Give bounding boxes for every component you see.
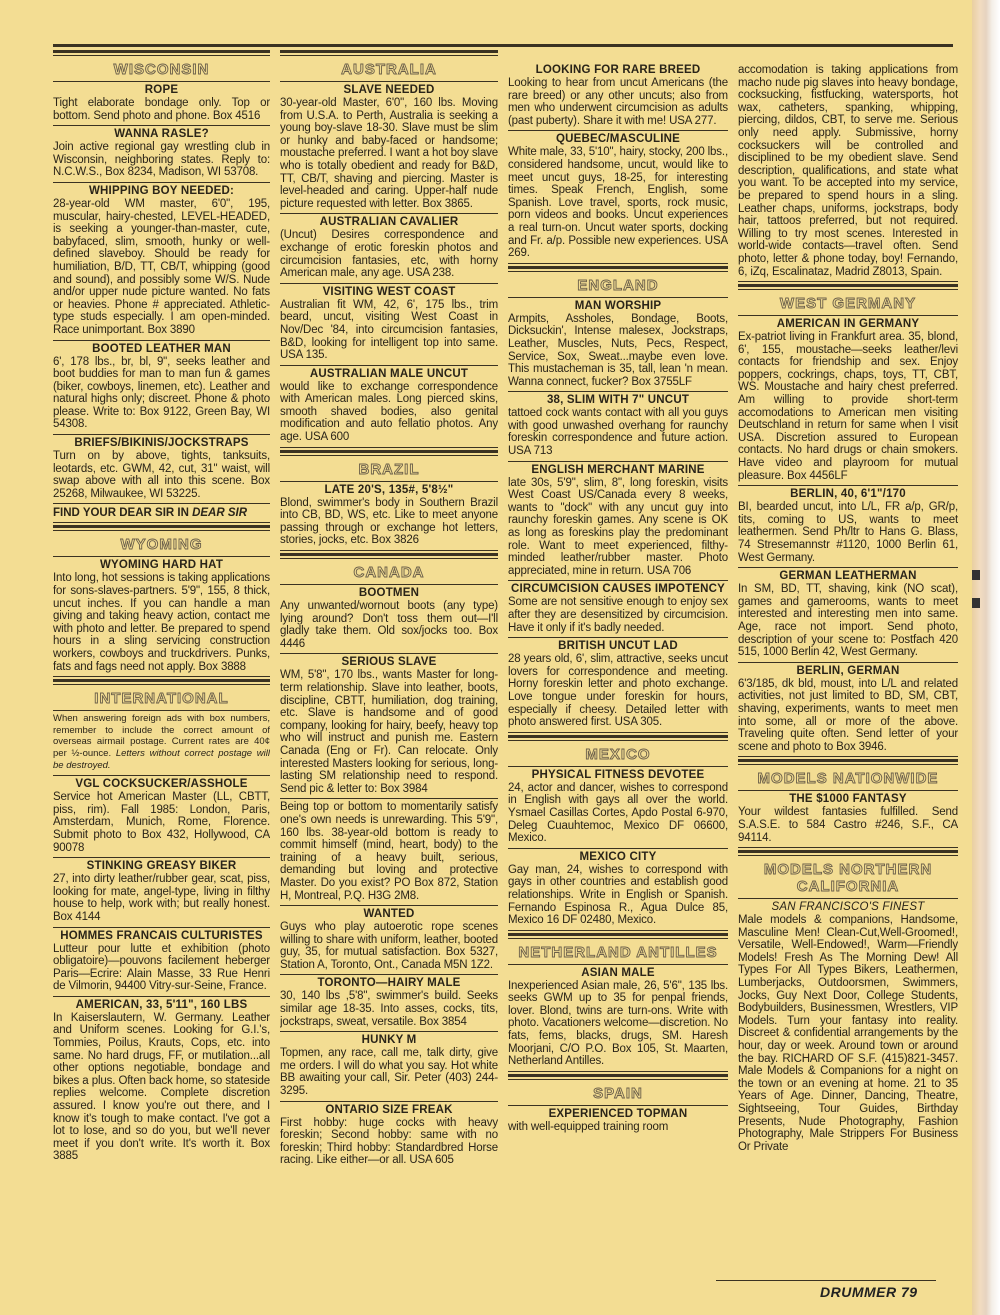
section-heading: ENGLAND (508, 275, 728, 298)
ad-title: AMERICAN IN GERMANY (738, 318, 958, 331)
section-heading: WYOMING (53, 534, 270, 557)
section-divider (53, 525, 270, 531)
ad-title: BERLIN, GERMAN (738, 665, 958, 678)
postage-note: When answering foreign ads with box numb… (53, 711, 270, 776)
classified-ad: ENGLISH MERCHANT MARINElate 30s, 5'9", s… (508, 462, 728, 582)
ad-body: late 30s, 5'9", slim, 8", long foreskin,… (508, 477, 728, 578)
section-heading: CANADA (280, 562, 498, 585)
ad-body: Into long, hot sessions is taking applic… (53, 572, 270, 673)
section-block: ENGLAND (508, 266, 728, 298)
ad-title: STINKING GREASY BIKER (53, 860, 270, 873)
ad-title: MAN WORSHIP (508, 300, 728, 313)
section-block: MEXICO (508, 735, 728, 767)
ad-body: WM, 5'8", 170 lbs., wants Master for lon… (280, 669, 498, 795)
section-block: INTERNATIONAL (53, 679, 270, 711)
ad-title: ROPE (53, 84, 270, 97)
classified-ad: WANTEDGuys who play autoerotic rope scen… (280, 906, 498, 975)
section-heading: WEST GERMANY (738, 293, 958, 316)
section-block: BRAZIL (280, 450, 498, 482)
ad-body: In Kaiserslautern, W. Germany. Leather a… (53, 1012, 270, 1163)
section-block: CANADA (280, 553, 498, 585)
classified-ad: BOOTED LEATHER MAN6', 178 lbs., br, bl, … (53, 341, 270, 436)
ad-title: EXPERIENCED TOPMAN (508, 1108, 728, 1121)
column-3: LOOKING FOR RARE BREEDLooking to hear fr… (508, 48, 728, 1278)
ad-title: WYOMING HARD HAT (53, 559, 270, 572)
top-rule (53, 44, 953, 47)
ad-title: AUSTRALIAN MALE UNCUT (280, 368, 498, 381)
ad-body: First hobby: huge cocks with heavy fores… (280, 1117, 498, 1167)
ad-title: HUNKY M (280, 1034, 498, 1047)
ad-body: accomodation is taking applications from… (738, 64, 958, 278)
ad-title: SAN FRANCISCO'S FINEST (738, 901, 958, 914)
section-divider (508, 735, 728, 741)
classified-ad: HUNKY MTopmen, any race, call me, talk d… (280, 1032, 498, 1101)
ad-title: LOOKING FOR RARE BREED (508, 64, 728, 77)
section-heading: MEXICO (508, 744, 728, 767)
ad-body: Being top or bottom to momentarily satis… (280, 801, 498, 902)
ad-body: Gay man, 24, wishes to correspond with g… (508, 864, 728, 927)
classified-ad: VISITING WEST COASTAustralian fit WM, 42… (280, 284, 498, 366)
classified-ad: WYOMING HARD HATInto long, hot sessions … (53, 557, 270, 677)
section-heading: AUSTRALIA (280, 59, 498, 82)
ad-body: In SM, BD, TT, shaving, kink (NO scat), … (738, 583, 958, 659)
section-divider (738, 284, 958, 290)
ad-body: Ex-patriot living in Frankfurt area. 35,… (738, 331, 958, 482)
ad-body: Turn on by above, tights, tanksuits, leo… (53, 450, 270, 500)
classified-ad: AMERICAN IN GERMANYEx-patriot living in … (738, 316, 958, 486)
classified-ad: BERLIN, GERMAN6'3/185, dk bld, moust, in… (738, 663, 958, 758)
classified-ad: MAN WORSHIPArmpits, Assholes, Bondage, B… (508, 298, 728, 393)
callout-emphasis: DEAR SIR (192, 507, 247, 519)
ad-body: Your wildest fantasies fulfilled. Send S… (738, 806, 958, 844)
page-footer: DRUMMER 79 (820, 1284, 918, 1300)
page-edge (972, 0, 1000, 1315)
ad-title: ONTARIO SIZE FREAK (280, 1104, 498, 1117)
ad-body: Inexperienced Asian male, 26, 5'6", 135 … (508, 980, 728, 1068)
classified-ad: ASIAN MALEInexperienced Asian male, 26, … (508, 965, 728, 1072)
classified-ad: CIRCUMCISION CAUSES IMPOTENCYSome are no… (508, 581, 728, 638)
classifieds-columns: WISCONSINROPETight elaborate bondage onl… (53, 48, 953, 1278)
ad-title: SLAVE NEEDED (280, 84, 498, 97)
classified-ad: BRIEFS/BIKINIS/JOCKSTRAPSTurn on by abov… (53, 435, 270, 504)
ad-body: with well-equipped training room (508, 1121, 728, 1134)
ad-body: 30, 140 lbs ,5'8", swimmer's build. Seek… (280, 990, 498, 1028)
ad-body: 28 years old, 6', slim, attractive, seek… (508, 653, 728, 729)
classified-ad: VGL COCKSUCKER/ASSHOLEService hot Americ… (53, 776, 270, 858)
callout-text: FIND YOUR DEAR SIR IN (53, 507, 192, 519)
section-block: NETHERLAND ANTILLES (508, 933, 728, 965)
column-4: accomodation is taking applications from… (738, 48, 958, 1278)
dear-sir-callout: FIND YOUR DEAR SIR IN DEAR SIR (53, 504, 270, 523)
classified-ad: 38, SLIM WITH 7" UNCUTtattoed cock wants… (508, 392, 728, 461)
classified-ad: STINKING GREASY BIKER27, into dirty leat… (53, 858, 270, 927)
classified-ad: ONTARIO SIZE FREAKFirst hobby: huge cock… (280, 1102, 498, 1170)
ad-body: Guys who play autoerotic rope scenes wil… (280, 921, 498, 971)
ad-body: White male, 33, 5'10", hairy, stocky, 20… (508, 146, 728, 259)
ad-title: BOOTMEN (280, 587, 498, 600)
classified-ad: BOOTMENAny unwanted/wornout boots (any t… (280, 585, 498, 654)
ad-body: Any unwanted/wornout boots (any type) ly… (280, 600, 498, 650)
ad-title: SERIOUS SLAVE (280, 656, 498, 669)
section-block: MODELS NORTHERN CALIFORNIA (738, 850, 958, 899)
classified-ad: LATE 20's, 135#, 5'8½"Blond, swimmer's b… (280, 482, 498, 551)
classified-ad: SLAVE NEEDED30-year-old Master, 6'0", 16… (280, 82, 498, 214)
classified-ad: EXPERIENCED TOPMANwith well-equipped tra… (508, 1106, 728, 1137)
classified-ad: TORONTO—HAIRY MALE30, 140 lbs ,5'8", swi… (280, 975, 498, 1032)
ad-title: WANNA RASLE? (53, 128, 270, 141)
ad-body: 6', 178 lbs., br, bl, 9", seeks leather … (53, 356, 270, 432)
ad-title: ENGLISH MERCHANT MARINE (508, 464, 728, 477)
classified-ad: BERLIN, 40, 6'1"/170BI, bearded uncut, i… (738, 486, 958, 568)
ad-title: GERMAN LEATHERMAN (738, 570, 958, 583)
ad-body: 24, actor and dancer, wishes to correspo… (508, 782, 728, 845)
classified-ad: MEXICO CITYGay man, 24, wishes to corres… (508, 849, 728, 931)
ad-title: THE $1000 FANTASY (738, 793, 958, 806)
ad-title: WANTED (280, 908, 498, 921)
section-divider (280, 553, 498, 559)
column-1: WISCONSINROPETight elaborate bondage onl… (53, 48, 270, 1278)
classified-ad: Being top or bottom to momentarily satis… (280, 799, 498, 906)
section-block: WISCONSIN (53, 50, 270, 82)
classified-ad: GERMAN LEATHERMANIn SM, BD, TT, shaving,… (738, 568, 958, 663)
classified-ad: SAN FRANCISCO'S FINESTMale models & comp… (738, 899, 958, 1156)
classified-ad: HOMMES FRANCAIS CULTURISTESLutteur pour … (53, 928, 270, 997)
ad-body: 27, into dirty leather/rubber gear, scat… (53, 873, 270, 923)
column-2: AUSTRALIASLAVE NEEDED30-year-old Master,… (280, 48, 498, 1278)
magazine-page: WISCONSINROPETight elaborate bondage onl… (0, 0, 972, 1315)
section-heading: MODELS NATIONWIDE (738, 768, 958, 791)
footer-rule (716, 1280, 936, 1281)
ad-body: Join active regional gay wrestling club … (53, 141, 270, 179)
ad-title: HOMMES FRANCAIS CULTURISTES (53, 930, 270, 943)
section-divider (508, 1074, 728, 1080)
ad-title: BERLIN, 40, 6'1"/170 (738, 488, 958, 501)
section-divider (280, 50, 498, 56)
page-number: 79 (901, 1284, 918, 1300)
ad-title: MEXICO CITY (508, 851, 728, 864)
classified-ad: WANNA RASLE?Join active regional gay wre… (53, 126, 270, 183)
classified-ad: LOOKING FOR RARE BREEDLooking to hear fr… (508, 62, 728, 131)
classified-ad: AMERICAN, 33, 5'11", 160 LBSIn Kaisersla… (53, 997, 270, 1166)
ad-title: 38, SLIM WITH 7" UNCUT (508, 394, 728, 407)
ad-body: BI, bearded uncut, into L/L, FR a/p, GR/… (738, 501, 958, 564)
section-block: WYOMING (53, 525, 270, 557)
ad-body: Looking to hear from uncut Americans (th… (508, 77, 728, 127)
ad-body: Some are not sensitive enough to enjoy s… (508, 596, 728, 634)
ad-body: Lutteur pour lutte et exhibition (photo … (53, 943, 270, 993)
classified-ad: AUSTRALIAN MALE UNCUTwould like to excha… (280, 366, 498, 448)
edge-mark (972, 598, 980, 608)
section-block: MODELS NATIONWIDE (738, 759, 958, 791)
section-divider (53, 679, 270, 685)
ad-body: 28-year-old WM master, 6'0", 195, muscul… (53, 198, 270, 337)
section-heading: INTERNATIONAL (53, 688, 270, 711)
ad-title: ASIAN MALE (508, 967, 728, 980)
ad-body: would like to exchange correspondence wi… (280, 381, 498, 444)
section-divider (508, 266, 728, 272)
section-divider (280, 450, 498, 456)
classified-ad: PHYSICAL FITNESS DEVOTEE24, actor and da… (508, 767, 728, 849)
ad-body: Tight elaborate bondage only. Top or bot… (53, 97, 270, 122)
classified-ad: QUEBEC/MASCULINEWhite male, 33, 5'10", h… (508, 131, 728, 263)
ad-title: WHIPPING BOY NEEDED: (53, 185, 270, 198)
edge-mark (972, 570, 980, 580)
ad-body: Australian fit WM, 42, 6', 175 lbs., tri… (280, 299, 498, 362)
classified-ad: BRITISH UNCUT LAD28 years old, 6', slim,… (508, 638, 728, 733)
section-block: WEST GERMANY (738, 284, 958, 316)
classified-ad: WHIPPING BOY NEEDED:28-year-old WM maste… (53, 183, 270, 341)
ad-body: tattoed cock wants contact with all you … (508, 407, 728, 457)
classified-ad: ROPETight elaborate bondage only. Top or… (53, 82, 270, 126)
classified-ad: AUSTRALIAN CAVALIER(Uncut) Desires corre… (280, 214, 498, 283)
ad-body: Topmen, any race, call me, talk dirty, g… (280, 1047, 498, 1097)
ad-body: Male models & companions, Handsome, Masc… (738, 914, 958, 1153)
ad-title: PHYSICAL FITNESS DEVOTEE (508, 769, 728, 782)
ad-title: CIRCUMCISION CAUSES IMPOTENCY (508, 583, 728, 596)
section-divider (738, 759, 958, 765)
ad-body: 6'3/185, dk bld, moust, into L/L and rel… (738, 678, 958, 754)
ad-title: AMERICAN, 33, 5'11", 160 LBS (53, 999, 270, 1012)
classified-ad: SERIOUS SLAVEWM, 5'8", 170 lbs., wants M… (280, 654, 498, 799)
ad-title: AUSTRALIAN CAVALIER (280, 216, 498, 229)
section-heading: NETHERLAND ANTILLES (508, 942, 728, 965)
ad-body: Armpits, Assholes, Bondage, Boots, Dicks… (508, 313, 728, 389)
section-divider (53, 50, 270, 56)
ad-body: Service hot American Master (LL, CBTT, p… (53, 791, 270, 854)
section-divider (738, 850, 958, 856)
publication-name: DRUMMER (820, 1284, 897, 1300)
classified-ad: accomodation is taking applications from… (738, 62, 958, 282)
ad-title: BOOTED LEATHER MAN (53, 343, 270, 356)
ad-title: VGL COCKSUCKER/ASSHOLE (53, 778, 270, 791)
ad-title: LATE 20's, 135#, 5'8½" (280, 484, 498, 497)
section-divider (508, 933, 728, 939)
ad-title: QUEBEC/MASCULINE (508, 133, 728, 146)
section-block: SPAIN (508, 1074, 728, 1106)
section-heading: MODELS NORTHERN CALIFORNIA (738, 859, 958, 899)
ad-title: BRITISH UNCUT LAD (508, 640, 728, 653)
ad-title: BRIEFS/BIKINIS/JOCKSTRAPS (53, 437, 270, 450)
classified-ad: THE $1000 FANTASYYour wildest fantasies … (738, 791, 958, 848)
ad-title: VISITING WEST COAST (280, 286, 498, 299)
section-heading: SPAIN (508, 1083, 728, 1106)
section-block: AUSTRALIA (280, 50, 498, 82)
ad-body: (Uncut) Desires correspondence and excha… (280, 229, 498, 279)
section-heading: BRAZIL (280, 459, 498, 482)
section-heading: WISCONSIN (53, 59, 270, 82)
ad-title: TORONTO—HAIRY MALE (280, 977, 498, 990)
ad-body: Blond, swimmer's body in Southern Brazil… (280, 497, 498, 547)
ad-body: 30-year-old Master, 6'0", 160 lbs. Movin… (280, 97, 498, 210)
